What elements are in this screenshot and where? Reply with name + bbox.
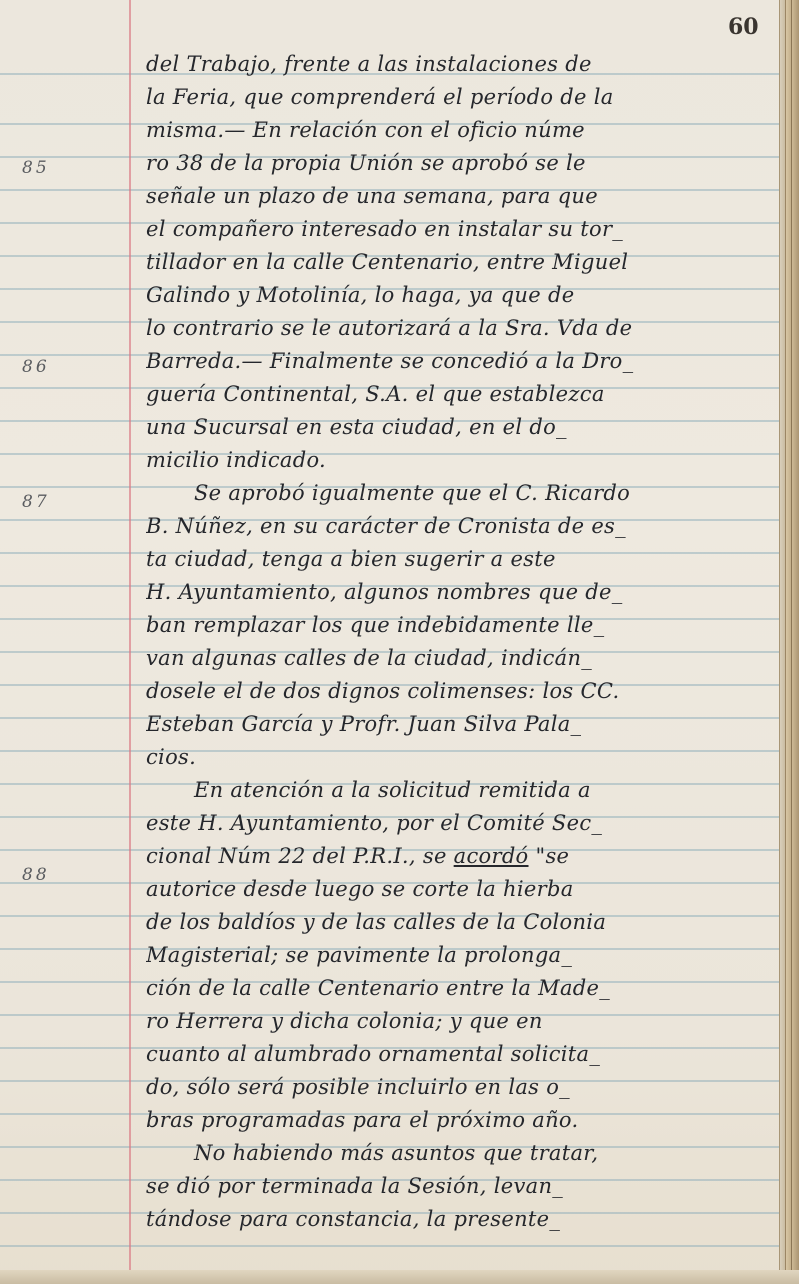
entry-number-85: 85 — [22, 158, 50, 178]
text-line: este H. Ayuntamiento, por el Comité Sec_ — [146, 807, 776, 840]
text-line: autorice desde luego se corte la hierba — [146, 873, 776, 906]
text-line: de los baldíos y de las calles de la Col… — [146, 906, 776, 939]
text-line: lo contrario se le autorizará a la Sra. … — [146, 312, 776, 345]
entry-number-88: 88 — [22, 865, 50, 885]
text-line: la Feria, que comprenderá el período de … — [146, 81, 776, 114]
text-line: cuanto al alumbrado ornamental solicita_ — [146, 1038, 776, 1071]
ledger-page: 60 85 86 87 88 del Trabajo, frente a las… — [0, 0, 784, 1284]
text-line: micilio indicado. — [146, 444, 776, 477]
text-line: No habiendo más asuntos que tratar, — [146, 1137, 776, 1170]
text-line: misma.— En relación con el oficio núme — [146, 114, 776, 147]
margin-line — [129, 0, 131, 1284]
text-line: B. Núñez, en su carácter de Cronista de … — [146, 510, 776, 543]
text-line: señale un plazo de una semana, para que — [146, 180, 776, 213]
text-line: Galindo y Motolinía, lo haga, ya que de — [146, 279, 776, 312]
text-line: del Trabajo, frente a las instalaciones … — [146, 48, 776, 81]
text-line: Se aprobó igualmente que el C. Ricardo — [146, 477, 776, 510]
handwritten-text: del Trabajo, frente a las instalaciones … — [146, 48, 776, 1236]
text-line: Barreda.— Finalmente se concedió a la Dr… — [146, 345, 776, 378]
entry-number-87: 87 — [22, 492, 50, 512]
text-line: do, sólo será posible incluirlo en las o… — [146, 1071, 776, 1104]
text-line: ta ciudad, tenga a bien sugerir a este — [146, 543, 776, 576]
text-line: cios. — [146, 741, 776, 774]
entry-number-86: 86 — [22, 357, 50, 377]
page-number: 60 — [728, 14, 759, 40]
text-line: bras programadas para el próximo año. — [146, 1104, 776, 1137]
text-line: tándose para constancia, la presente_ — [146, 1203, 776, 1236]
text-line: tillador en la calle Centenario, entre M… — [146, 246, 776, 279]
page-bottom-edge — [0, 1270, 799, 1284]
text-line: En atención a la solicitud remitida a — [146, 774, 776, 807]
text-line: ción de la calle Centenario entre la Mad… — [146, 972, 776, 1005]
book-binding-edge — [791, 0, 799, 1284]
text-line: guería Continental, S.A. el que establez… — [146, 378, 776, 411]
text-line: cional Núm 22 del P.R.I., se acordó "se — [146, 840, 776, 873]
text-line: el compañero interesado en instalar su t… — [146, 213, 776, 246]
text-line: H. Ayuntamiento, algunos nombres que de_ — [146, 576, 776, 609]
text-line: van algunas calles de la ciudad, indicán… — [146, 642, 776, 675]
text-line: Esteban García y Profr. Juan Silva Pala_ — [146, 708, 776, 741]
text-line: ro Herrera y dicha colonia; y que en — [146, 1005, 776, 1038]
text-line: ro 38 de la propia Unión se aprobó se le — [146, 147, 776, 180]
text-line: Magisterial; se pavimente la prolonga_ — [146, 939, 776, 972]
text-line: dosele el de dos dignos colimenses: los … — [146, 675, 776, 708]
underlined-word: acordó — [454, 844, 529, 868]
text-line: se dió por terminada la Sesión, levan_ — [146, 1170, 776, 1203]
text-line: ban remplazar los que indebidamente lle_ — [146, 609, 776, 642]
text-line: una Sucursal en esta ciudad, en el do_ — [146, 411, 776, 444]
